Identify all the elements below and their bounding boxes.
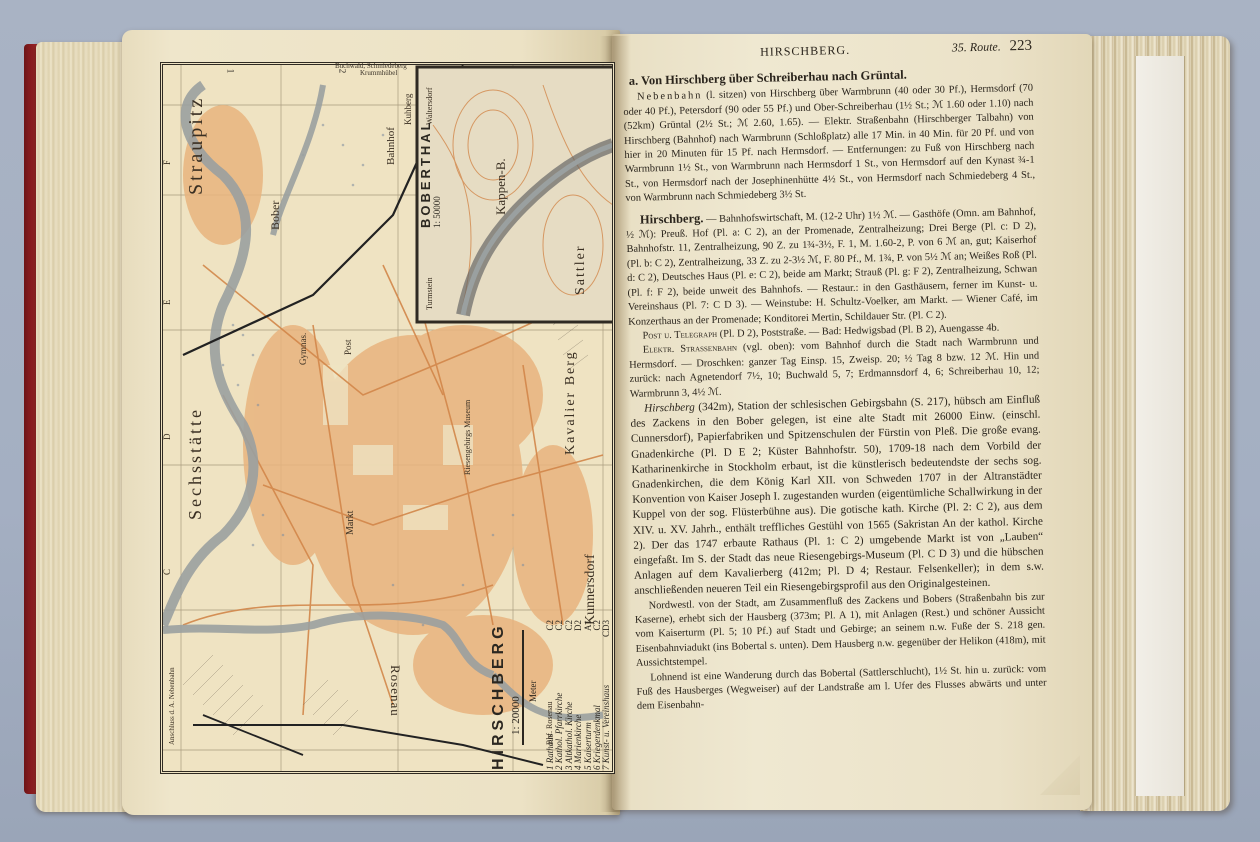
place-label-gymnasium: Gymnas. xyxy=(298,333,308,365)
map-scale: 1: 20000 xyxy=(510,696,522,735)
guidebook-text: HIRSCHBERG. 35. Route. 223 a. Von Hirsch… xyxy=(622,39,1047,715)
place-label-post: Post xyxy=(343,339,353,355)
paragraph-body: (342m), Station der schlesischen Gebirgs… xyxy=(630,394,1044,598)
legend-item: 7 Kunst- u. VereinshausCD3 xyxy=(602,620,611,770)
map-title: HIRSCHBERG xyxy=(490,622,508,770)
paragraph-hausberg: Nordwestl. von der Stadt, am Zusammenflu… xyxy=(635,590,1047,671)
route-label: 35. Route. xyxy=(952,39,1001,54)
paragraph-transport: Nebenbahn (l. sitzen) von Hirschberg übe… xyxy=(623,82,1036,207)
place-label-markt: Markt xyxy=(345,511,356,535)
place-label-museum: Riesengebirgs Museum xyxy=(463,400,472,475)
map-note-anschluss: Anschluss d. A. Nebenbahn xyxy=(168,667,176,745)
paragraph-hotels: Hirschberg. — Bahnhofswirtschaft, M. (12… xyxy=(626,203,1039,330)
legend-num: 7 xyxy=(601,766,611,771)
column-number-2: 2 xyxy=(337,69,347,74)
open-book: Straupitz Sechsstätte Rosenau Kunnersdor… xyxy=(0,0,1260,842)
river-label-bober: Bober xyxy=(268,201,283,230)
inset-label-turmstein: Turmstein xyxy=(425,277,434,310)
place-label-bahnhof: Bahnhof xyxy=(385,127,397,165)
map-top-note-2: Krummhübel xyxy=(360,69,397,77)
paragraph-lead: Hirschberg. xyxy=(640,211,704,226)
paragraph-lead: Hirschberg xyxy=(644,401,695,414)
paragraph-lead: Nebenbahn xyxy=(637,91,703,103)
district-label-kunnersdorf: Kunnersdorf xyxy=(583,554,599,625)
district-label-rosenau: Rosenau xyxy=(387,665,403,717)
page-heading: HIRSCHBERG. xyxy=(760,43,850,60)
paragraph-lead: Elektr. Straßenbahn xyxy=(643,343,737,356)
page-number: 223 xyxy=(1009,38,1032,55)
map-scale-bar xyxy=(522,630,524,745)
inset-label-sattler: Sattler xyxy=(573,244,589,295)
legend-name: Kunst- u. Vereinshaus xyxy=(601,685,611,763)
paragraph-town-description: Hirschberg (342m), Station der schlesisc… xyxy=(630,393,1044,600)
row-letter-f: F xyxy=(162,160,172,165)
paragraph-body: von der Stadt, am Zusammenfluß des Zacke… xyxy=(635,591,1046,669)
paragraph-lead: Nordwestl. xyxy=(649,599,695,611)
inset-scale: 1: 50000 xyxy=(432,196,442,228)
place-label-kuhberg: Kuhberg xyxy=(403,94,413,125)
column-number-1: 1 xyxy=(225,69,235,74)
row-letter-e: E xyxy=(162,300,172,306)
paragraph-body: ist eine Wanderung durch das Bobertal (S… xyxy=(636,663,1046,712)
row-letter-d: D xyxy=(162,434,172,441)
legend-ref: CD3 xyxy=(602,620,611,637)
left-page-edges xyxy=(36,42,136,812)
paragraph-lead: Lohnend xyxy=(650,671,687,683)
inset-title: BOBERTHAL xyxy=(418,119,433,228)
district-label-straupitz: Straupitz xyxy=(185,96,208,195)
inset-label-kappen-berg: Kappen-B. xyxy=(493,158,509,215)
row-letter-c: C xyxy=(162,569,172,575)
district-label-kavalier-berg: Kavalier Berg xyxy=(563,350,579,455)
paragraph-tram: Elektr. Straßenbahn (vgl. oben): vom Bah… xyxy=(629,335,1040,402)
right-page-edges xyxy=(1080,36,1230,811)
district-label-sechsstaette: Sechsstätte xyxy=(185,407,206,520)
inserted-paper xyxy=(1135,56,1185,796)
map-scale-unit: Meter xyxy=(528,681,538,703)
map-legend: 1 RathausC2 2 Kathol. PfarrkircheC2 3 Al… xyxy=(546,620,612,770)
paragraph-lead: Post u. Telegraph xyxy=(642,329,717,342)
